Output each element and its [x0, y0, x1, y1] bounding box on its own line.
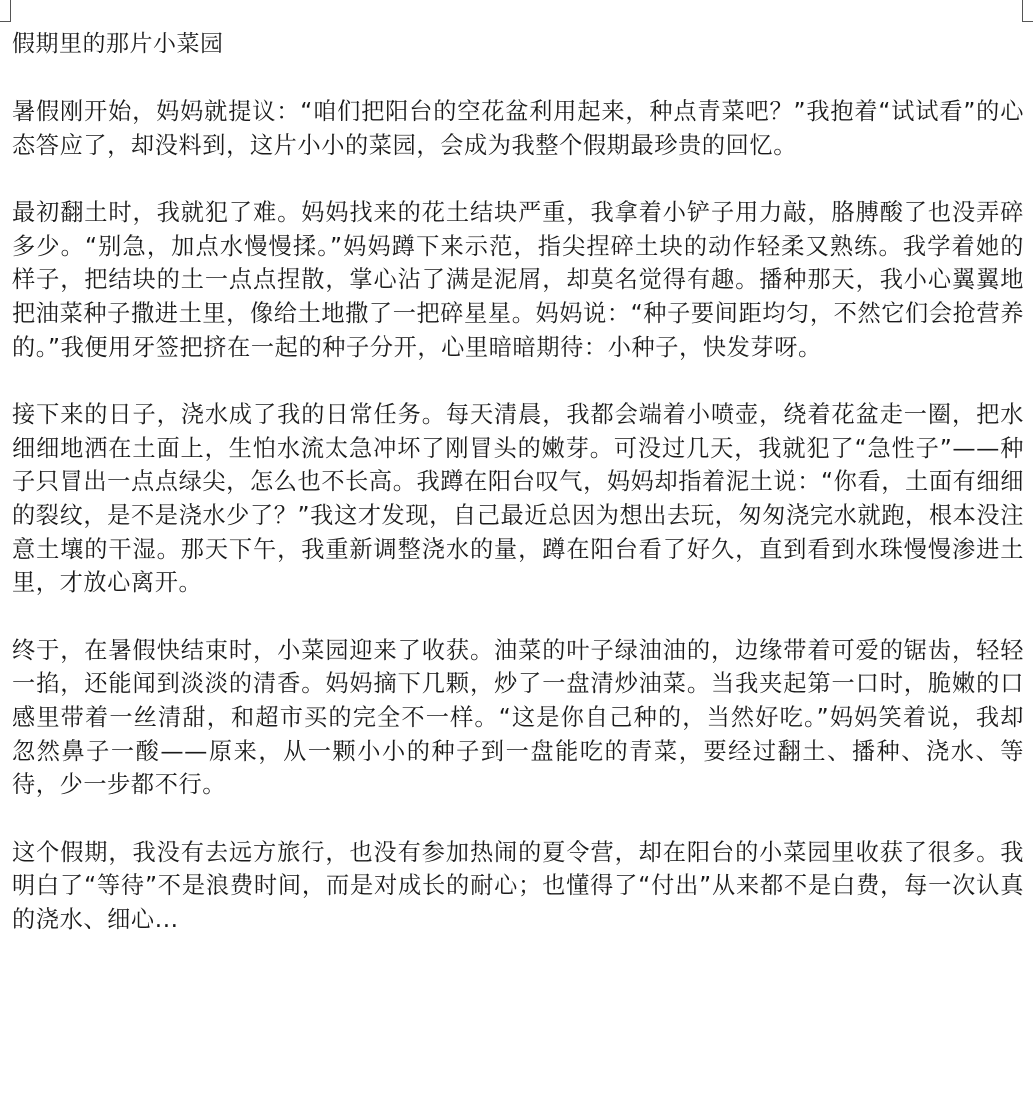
paragraph-2: 最初翻土时，我就犯了难。妈妈找来的花土结块严重，我拿着小铲子用力敲，胳膊酸了也没…: [12, 196, 1024, 364]
paragraph-1: 暑假刚开始，妈妈就提议：“咱们把阳台的空花盆利用起来，种点青菜吧？”我抱着“试试…: [12, 95, 1024, 162]
paragraph-4: 终于，在暑假快结束时，小菜园迎来了收获。油菜的叶子绿油油的，边缘带着可爱的锯齿，…: [12, 634, 1024, 802]
paragraph-5: 这个假期，我没有去远方旅行，也没有参加热闹的夏令营，却在阳台的小菜园里收获了很多…: [12, 836, 1024, 937]
paragraph-3: 接下来的日子，浇水成了我的日常任务。每天清晨，我都会端着小喷壶，绕着花盆走一圈，…: [12, 398, 1024, 600]
crop-corner-mark-left: [0, 0, 11, 22]
document-title: 假期里的那片小菜园: [12, 27, 1024, 61]
document-body: 假期里的那片小菜园 暑假刚开始，妈妈就提议：“咱们把阳台的空花盆利用起来，种点青…: [12, 27, 1024, 970]
crop-corner-mark-right: [1022, 0, 1033, 22]
